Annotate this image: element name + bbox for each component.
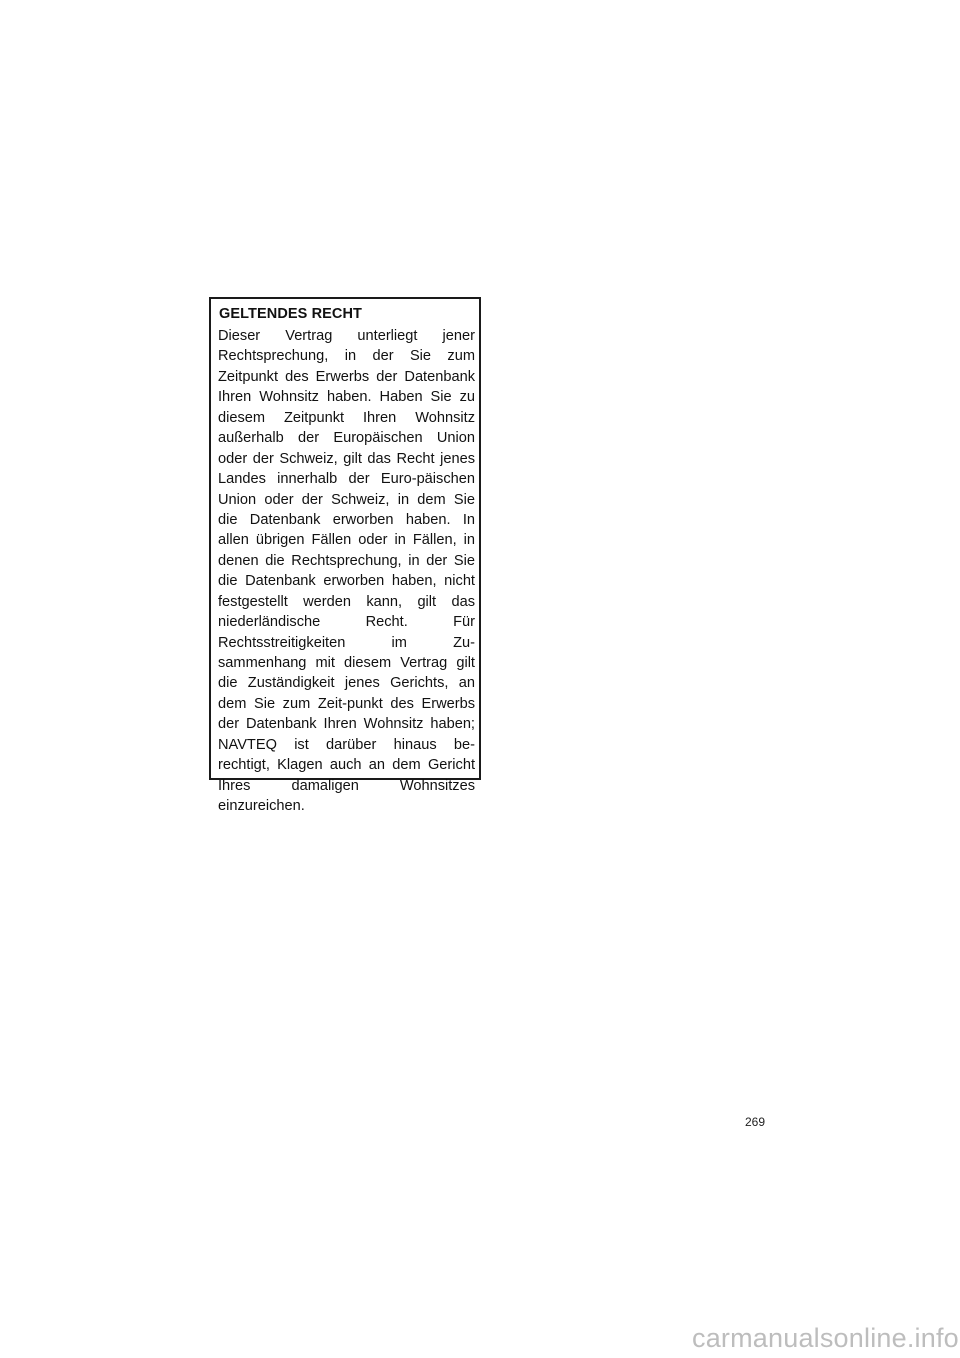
body-line: Rechtsprechung, in der Sie zum [218,346,475,366]
section-heading: GELTENDES RECHT [219,305,362,323]
body-line: Rechtsstreitigkeiten im Zu- [218,633,475,653]
body-line: Landes innerhalb der Euro-päischen [218,469,475,489]
legal-notice-box: GELTENDES RECHT Dieser Vertrag unterlieg… [209,297,481,780]
body-line: die Datenbank erworben haben, nicht [218,571,475,591]
body-line: Ihren Wohnsitz haben. Haben Sie zu [218,387,475,407]
body-line: einzureichen. [218,796,475,816]
body-line: Ihres damaligen Wohnsitzes [218,776,475,796]
body-line: niederländische Recht. Für [218,612,475,632]
body-line: die Datenbank erworben haben. In [218,510,475,530]
watermark-text: carmanualsonline.info [692,1323,959,1354]
body-line: festgestellt werden kann, gilt das [218,592,475,612]
body-line: allen übrigen Fällen oder in Fällen, in [218,530,475,550]
section-body: Dieser Vertrag unterliegt jener Rechtspr… [218,326,475,817]
body-line: dem Sie zum Zeit-punkt des Erwerbs [218,694,475,714]
page-number: 269 [745,1115,765,1129]
body-line: Union oder der Schweiz, in dem Sie [218,490,475,510]
body-line: sammenhang mit diesem Vertrag gilt [218,653,475,673]
body-line: Zeitpunkt des Erwerbs der Datenbank [218,367,475,387]
body-line: der Datenbank Ihren Wohnsitz haben; [218,714,475,734]
body-line: außerhalb der Europäischen Union [218,428,475,448]
body-line: rechtigt, Klagen auch an dem Gericht [218,755,475,775]
body-line: oder der Schweiz, gilt das Recht jenes [218,449,475,469]
body-line: NAVTEQ ist darüber hinaus be- [218,735,475,755]
body-line: denen die Rechtsprechung, in der Sie [218,551,475,571]
body-line: die Zuständigkeit jenes Gerichts, an [218,673,475,693]
body-line: Dieser Vertrag unterliegt jener [218,326,475,346]
body-line: diesem Zeitpunkt Ihren Wohnsitz [218,408,475,428]
